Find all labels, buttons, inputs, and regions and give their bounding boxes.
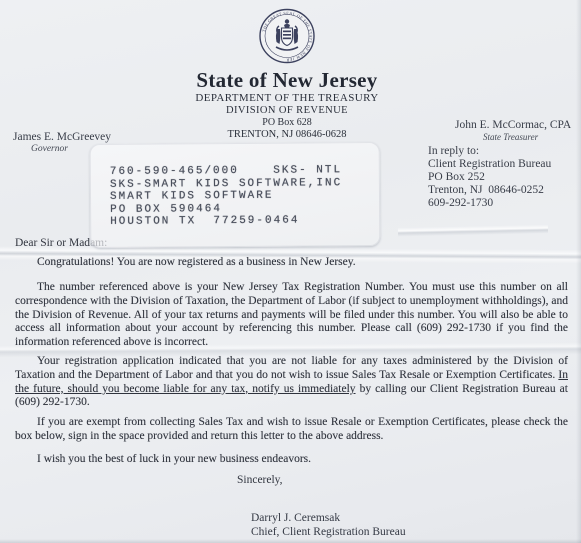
treasurer-name: John E. McCormac, CPA bbox=[455, 119, 575, 131]
address-line-registration-number: 760-590-465/000 SKS- NTL bbox=[110, 164, 342, 178]
reply-to-heading: In reply to: bbox=[428, 145, 551, 158]
paragraph-exempt-instructions: If you are exempt from collecting Sales … bbox=[15, 416, 568, 444]
signer-name: Darryl J. Ceremsak bbox=[251, 511, 406, 525]
paragraph-tax-registration-number: The number referenced above is your New … bbox=[15, 281, 568, 350]
reply-to-line: PO Box 252 bbox=[428, 171, 551, 184]
salutation-visible: Dear Sir or Mad bbox=[15, 237, 90, 249]
letterhead: THE GREAT SEAL OF THE STATE OF NEW JERSE… bbox=[167, 7, 407, 140]
scan-edge-bottom bbox=[0, 539, 581, 543]
salutation: Dear Sir or Madam: bbox=[15, 237, 107, 249]
treasurer-block: John E. McCormac, CPA State Treasurer bbox=[455, 119, 575, 142]
address-line-city: HOUSTON TX 77259-0464 bbox=[110, 215, 342, 229]
mailing-address-text: 760-590-465/000 SKS- NTLSKS-SMART KIDS S… bbox=[110, 164, 343, 229]
letterhead-city-line: TRENTON, NJ 08646-0628 bbox=[167, 129, 407, 140]
address-line-company: SKS-SMART KIDS SOFTWARE,INC bbox=[110, 177, 342, 191]
reply-to-line: Trenton, NJ 08646-0252 bbox=[428, 184, 551, 197]
paragraph-not-liable: Your registration application indicated … bbox=[15, 355, 568, 410]
signer-title: Chief, Client Registration Bureau bbox=[251, 525, 406, 539]
new-jersey-state-seal-icon: THE GREAT SEAL OF THE STATE OF NEW JERSE… bbox=[257, 7, 317, 65]
letterhead-division: DIVISION OF REVENUE bbox=[167, 105, 407, 116]
reply-to-block: In reply to: Client Registration Bureau … bbox=[428, 145, 551, 210]
scanned-letter: THE GREAT SEAL OF THE STATE OF NEW JERSE… bbox=[0, 0, 581, 543]
letterhead-department: DEPARTMENT OF THE TREASURY bbox=[167, 92, 407, 104]
governor-name: James E. McGreevey bbox=[13, 131, 111, 143]
paragraph-not-liable-start: Your registration application indicated … bbox=[15, 355, 568, 381]
letterhead-state-name: State of New Jersey bbox=[167, 69, 407, 91]
paragraph-best-wishes: I wish you the best of luck in your new … bbox=[15, 453, 568, 467]
reply-to-line: Client Registration Bureau bbox=[428, 158, 551, 171]
salutation-faded: am: bbox=[90, 237, 107, 249]
mailing-address-label: 760-590-465/000 SKS- NTLSKS-SMART KIDS S… bbox=[90, 142, 381, 248]
paper-crease bbox=[398, 224, 548, 237]
scan-edge-right bbox=[576, 0, 581, 543]
letterhead-po-box: PO Box 628 bbox=[167, 117, 407, 128]
signature-block: Darryl J. Ceremsak Chief, Client Registr… bbox=[251, 511, 406, 539]
treasurer-title: State Treasurer bbox=[483, 132, 575, 142]
paragraph-congratulations: Congratulations! You are now registered … bbox=[15, 256, 568, 270]
reply-to-line: 609-292-1730 bbox=[428, 197, 551, 210]
closing-sincerely: Sincerely, bbox=[237, 474, 283, 486]
